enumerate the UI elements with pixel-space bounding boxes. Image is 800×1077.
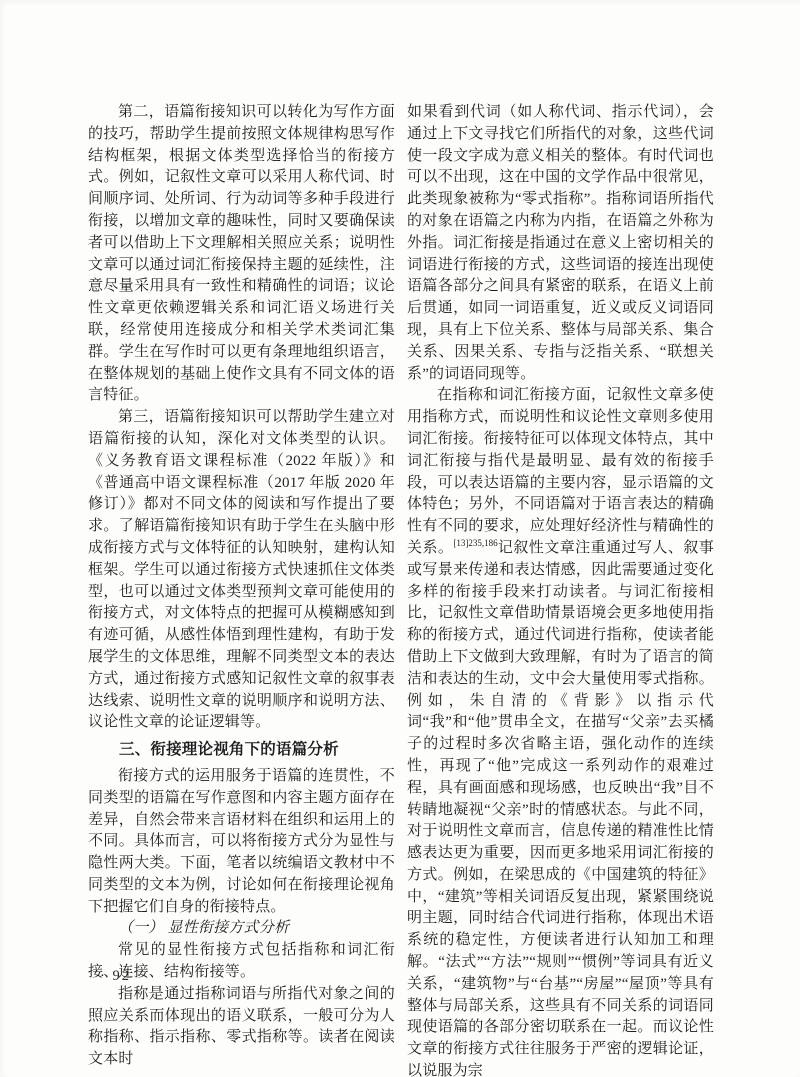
paragraph-genre-analysis: 在指称和词汇衔接方面，记叙性文章多使用指称方式，而说明性和议论性文章则多使用词汇…	[407, 385, 714, 1077]
page-number: · 92 ·	[100, 968, 143, 985]
paragraph-cognition: 第三，语篇衔接知识可以帮助学生建立对语篇衔接的认知，深化对文体类型的认识。《义务…	[88, 407, 395, 734]
paragraph-pronoun-continuation: 如果看到代词（如人称代词、指示代词），会通过上下文寻找它们所指代的对象，这些代词…	[407, 102, 714, 385]
right-column: 如果看到代词（如人称代词、指示代词），会通过上下文寻找它们所指代的对象，这些代词…	[407, 102, 714, 1077]
paragraph-text-before-citation: 在指称和词汇衔接方面，记叙性文章多使用指称方式，而说明性和议论性文章则多使用词汇…	[407, 387, 714, 556]
two-column-text-area: 第二，语篇衔接知识可以转化为写作方面的技巧，帮助学生提前按照文体规律构思写作结构…	[88, 102, 714, 1077]
subsection-heading: （一） 显性衔接方式分析	[88, 918, 395, 940]
paragraph-coherence: 衔接方式的运用服务于语篇的连贯性，不同类型的语篇在写作意图和内容主题方面存在差异…	[88, 766, 395, 919]
left-column: 第二，语篇衔接知识可以转化为写作方面的技巧，帮助学生提前按照文体规律构思写作结构…	[88, 102, 395, 1077]
paper-page: 第二，语篇衔接知识可以转化为写作方面的技巧，帮助学生提前按照文体规律构思写作结构…	[0, 0, 800, 1077]
citation-superscript: [13]235,186	[453, 538, 497, 548]
section-heading: 三、衔接理论视角下的语篇分析	[88, 739, 395, 761]
paragraph-reference-definition: 指称是通过指称词语与所指代对象之间的照应关系而体现出的语义联系，一般可分为人称指…	[88, 984, 395, 1071]
paragraph-text-after-citation: 记叙性文章注重通过写人、叙事或写景来传递和表达情感，因此需要通过变化多样的衔接手…	[407, 540, 714, 1077]
paragraph-writing-skills: 第二，语篇衔接知识可以转化为写作方面的技巧，帮助学生提前按照文体规律构思写作结构…	[88, 102, 395, 407]
